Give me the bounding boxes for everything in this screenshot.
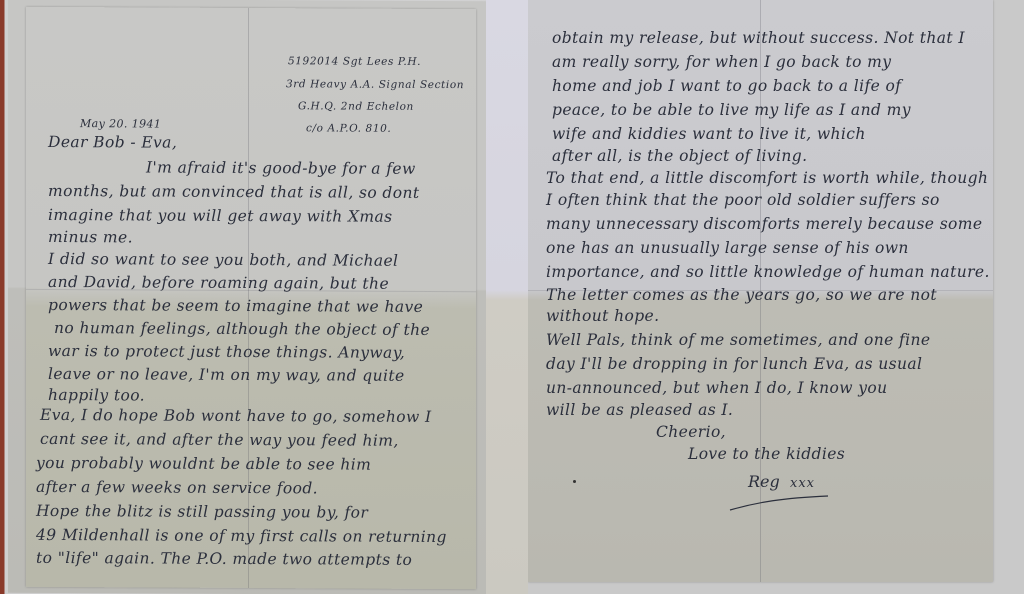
body-line: am really sorry, for when I go back to m… [552, 52, 891, 72]
body-line: to "life" again. The P.O. made two attem… [36, 548, 412, 570]
body-line: day I'll be dropping in for lunch Eva, a… [546, 354, 922, 374]
body-line: I did so want to see you both, and Micha… [48, 249, 398, 271]
body-line: war is to protect just those things. Any… [48, 341, 405, 363]
closing-cheerio: Cheerio, [656, 422, 726, 442]
body-line: and David, before roaming again, but the [48, 272, 389, 294]
body-line: The letter comes as the years go, so we … [546, 285, 937, 305]
paper-sheet-1: 5192014 Sgt Lees P.H. 3rd Heavy A.A. Sig… [26, 7, 476, 589]
body-line: you probably wouldnt be able to see him [36, 453, 371, 475]
sender-name-rank: 5192014 Sgt Lees P.H. [288, 51, 421, 72]
photo-scene: 5192014 Sgt Lees P.H. 3rd Heavy A.A. Sig… [0, 0, 1024, 594]
body-line: without hope. [546, 306, 659, 326]
body-line: importance, and so little knowledge of h… [546, 262, 990, 282]
body-line: minus me. [48, 227, 133, 247]
sender-apo: c/o A.P.O. 810. [306, 118, 391, 138]
letter-page-2: obtain my release, but without success. … [528, 0, 1024, 594]
body-line: powers that be seem to imagine that we h… [48, 295, 423, 317]
body-line: Well Pals, think of me sometimes, and on… [546, 330, 930, 350]
body-line: leave or no leave, I'm on my way, and qu… [48, 364, 405, 386]
body-line: happily too. [48, 385, 145, 406]
ink-speck [573, 480, 576, 483]
body-line: peace, to be able to live my life as I a… [552, 100, 911, 120]
body-line: I often think that the poor old soldier … [546, 190, 940, 210]
body-line: many unnecessary discomforts merely beca… [546, 214, 982, 234]
body-line: after a few weeks on service food. [36, 477, 318, 498]
salutation: Dear Bob - Eva, [48, 132, 177, 153]
body-line: wife and kiddies want to live it, which [552, 124, 866, 144]
closing-love-line: Love to the kiddies [688, 444, 845, 464]
signature-name: Reg [748, 472, 780, 491]
body-line: will be as pleased as I. [546, 400, 733, 420]
body-line: months, but am convinced that is all, so… [48, 181, 420, 203]
signature-flourish-icon [728, 492, 838, 514]
body-line: after all, is the object of living. [552, 146, 807, 166]
body-line: no human feelings, although the object o… [54, 318, 430, 340]
body-line: home and job I want to go back to a life… [552, 76, 901, 96]
sender-echelon: G.H.Q. 2nd Echelon [298, 96, 414, 117]
signature-kisses: xxx [790, 476, 815, 491]
letter-page-1: 5192014 Sgt Lees P.H. 3rd Heavy A.A. Sig… [8, 0, 486, 594]
sender-unit: 3rd Heavy A.A. Signal Section [286, 74, 464, 95]
body-line: I'm afraid it's good-bye for a few [146, 157, 416, 178]
body-line: cant see it, and after the way you feed … [40, 429, 399, 451]
body-line: Hope the blitz is still passing you by, … [36, 501, 368, 523]
body-line: imagine that you will get away with Xmas [48, 205, 393, 227]
body-line: 49 Mildenhall is one of my first calls o… [36, 525, 447, 547]
sender-address-block: 5192014 Sgt Lees P.H. 3rd Heavy A.A. Sig… [26, 7, 476, 9]
paper-sheet-2: obtain my release, but without success. … [528, 0, 993, 582]
body-line: un-announced, but when I do, I know you [546, 378, 888, 398]
page-gap [486, 0, 528, 594]
body-line: one has an unusually large sense of his … [546, 238, 909, 258]
body-line: obtain my release, but without success. … [552, 28, 965, 48]
letter-body-page-1: I'm afraid it's good-bye for a few month… [26, 7, 476, 9]
body-line: Eva, I do hope Bob wont have to go, some… [40, 405, 432, 427]
body-line: To that end, a little discomfort is wort… [546, 168, 988, 188]
